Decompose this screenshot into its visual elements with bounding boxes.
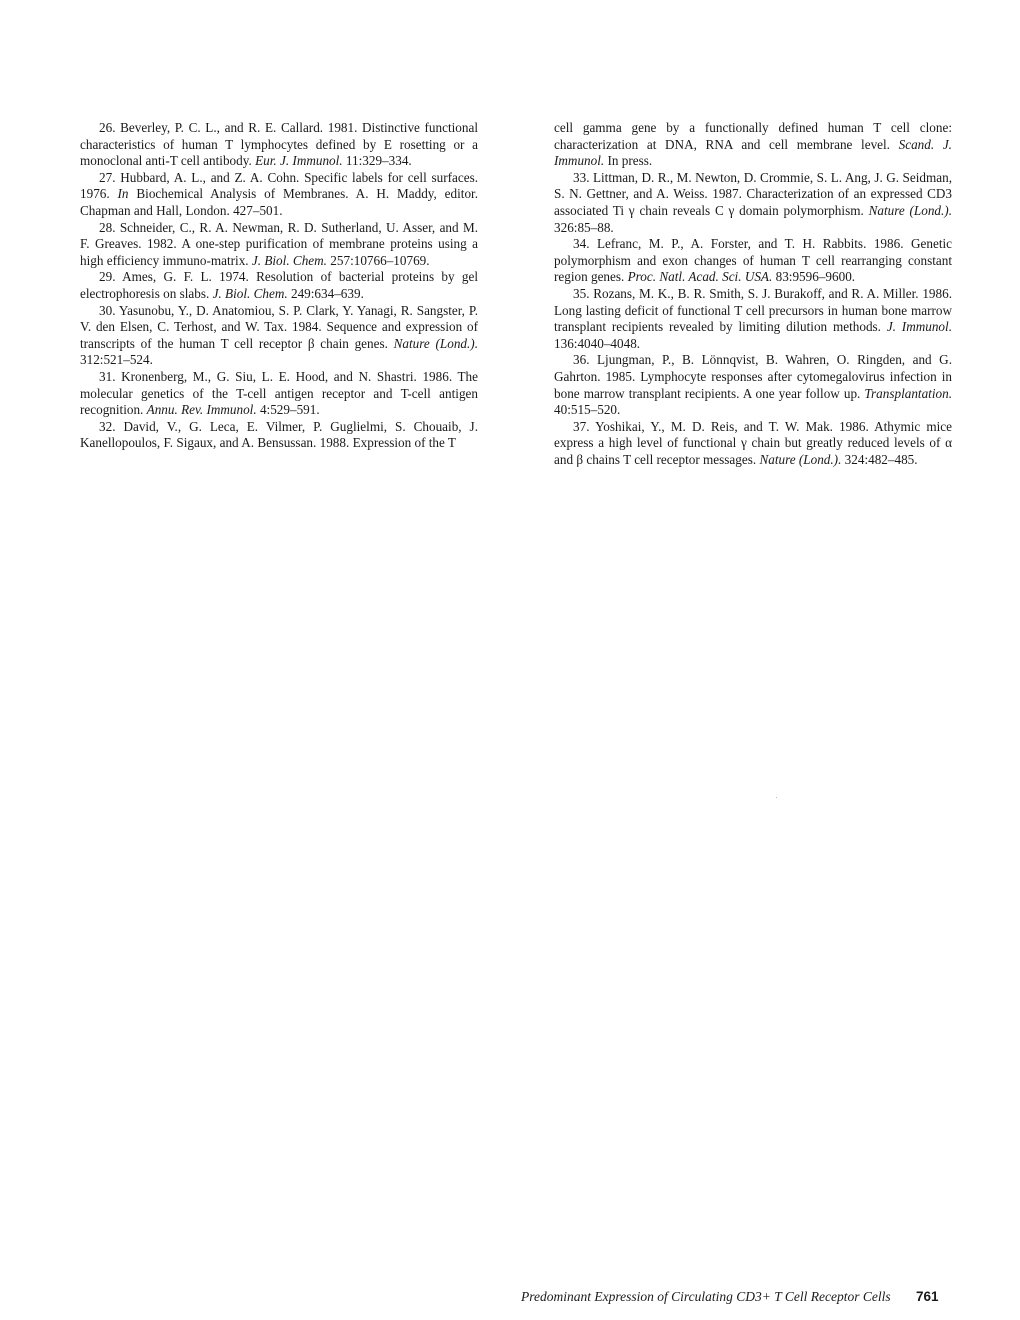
reference-text: 83:9596–9600. <box>772 269 855 284</box>
reference-text: 40:515–520. <box>554 402 620 417</box>
reference-text: 11:329–334. <box>343 153 412 168</box>
reference-text: 32. David, V., G. Leca, E. Vilmer, P. Gu… <box>80 419 478 451</box>
reference-text: 257:10766–10769. <box>327 253 430 268</box>
page-footer: Predominant Expression of Circulating CD… <box>521 1289 939 1305</box>
journal-title: J. Biol. Chem. <box>252 253 327 268</box>
reference-entry: 32. David, V., G. Leca, E. Vilmer, P. Gu… <box>80 419 478 452</box>
reference-text: 4:529–591. <box>257 402 320 417</box>
reference-text: 326:85–88. <box>554 220 614 235</box>
journal-title: J. Immunol. <box>887 319 952 334</box>
reference-text: 136:4040–4048. <box>554 336 640 351</box>
reference-entry: 31. Kronenberg, M., G. Siu, L. E. Hood, … <box>80 369 478 419</box>
reference-entry: 33. Littman, D. R., M. Newton, D. Crommi… <box>554 170 952 236</box>
reference-entry: cell gamma gene by a functionally define… <box>554 120 952 170</box>
journal-title: Nature (Lond.). <box>394 336 478 351</box>
reference-text: Biochemical Analysis of Membranes. A. H.… <box>80 186 478 218</box>
journal-title: Proc. Natl. Acad. Sci. USA. <box>628 269 773 284</box>
reference-text: 249:634–639. <box>288 286 364 301</box>
journal-title: In <box>118 186 129 201</box>
page-number: 761 <box>916 1289 939 1304</box>
journal-title: J. Biol. Chem. <box>213 286 288 301</box>
reference-entry: 30. Yasunobu, Y., D. Anatomiou, S. P. Cl… <box>80 303 478 369</box>
journal-title: Nature (Lond.). <box>759 452 841 467</box>
scan-artifact <box>776 797 777 798</box>
reference-text: cell gamma gene by a functionally define… <box>554 120 952 152</box>
reference-entry: 34. Lefranc, M. P., A. Forster, and T. H… <box>554 236 952 286</box>
reference-entry: 28. Schneider, C., R. A. Newman, R. D. S… <box>80 220 478 270</box>
reference-entry: 37. Yoshikai, Y., M. D. Reis, and T. W. … <box>554 419 952 469</box>
references-right-column: cell gamma gene by a functionally define… <box>554 120 952 468</box>
journal-title: Eur. J. Immunol. <box>255 153 343 168</box>
reference-text: In press. <box>604 153 652 168</box>
reference-entry: 26. Beverley, P. C. L., and R. E. Callar… <box>80 120 478 170</box>
references-left-column: 26. Beverley, P. C. L., and R. E. Callar… <box>80 120 478 452</box>
running-title: Predominant Expression of Circulating CD… <box>521 1289 891 1304</box>
reference-entry: 36. Ljungman, P., B. Lönnqvist, B. Wahre… <box>554 352 952 418</box>
journal-title: Transplantation. <box>864 386 952 401</box>
reference-text: 324:482–485. <box>841 452 917 467</box>
reference-entry: 35. Rozans, M. K., B. R. Smith, S. J. Bu… <box>554 286 952 352</box>
reference-entry: 27. Hubbard, A. L., and Z. A. Cohn. Spec… <box>80 170 478 220</box>
reference-text: 312:521–524. <box>80 352 153 367</box>
reference-entry: 29. Ames, G. F. L. 1974. Resolution of b… <box>80 269 478 302</box>
journal-title: Nature (Lond.). <box>869 203 952 218</box>
journal-title: Annu. Rev. Immunol. <box>147 402 257 417</box>
